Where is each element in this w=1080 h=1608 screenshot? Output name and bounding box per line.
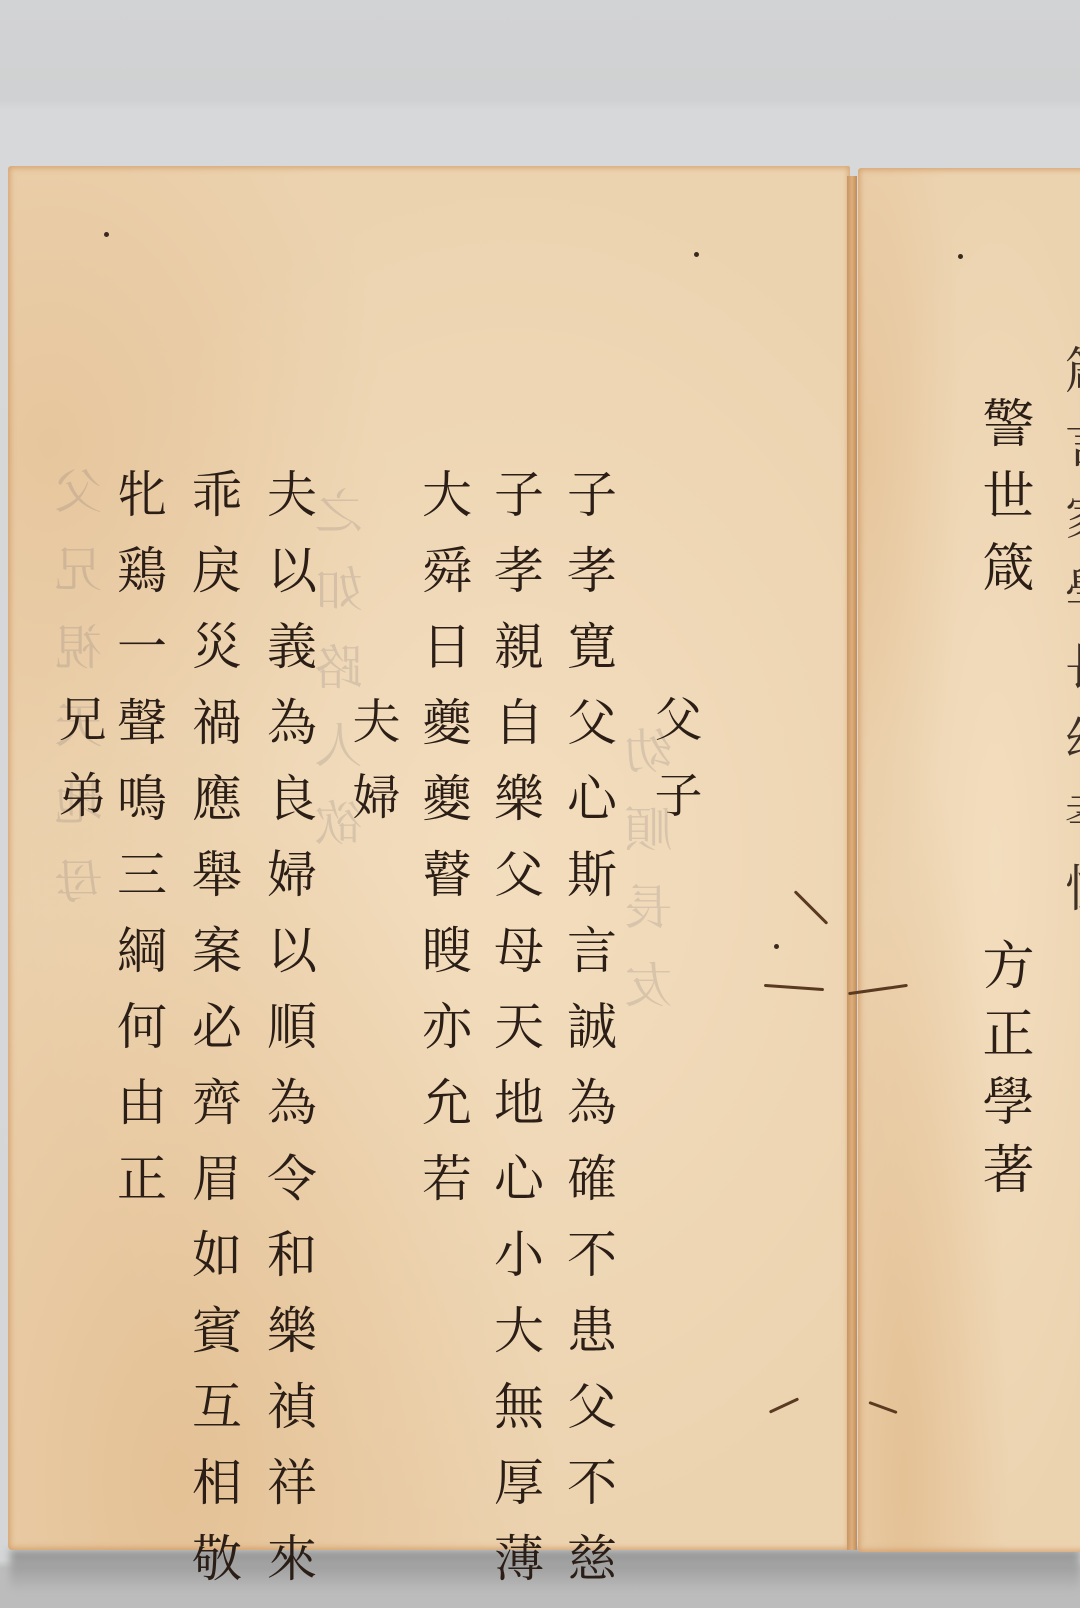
left-page: 父兄視天地母 之如路人欲 幼順長友 父子 子孝寛父心斯言誠為確不患父不慈 子孝親… bbox=[8, 166, 850, 1550]
book-shadow bbox=[10, 1550, 1080, 1590]
section-heading-husband-wife: 夫婦 bbox=[338, 696, 407, 848]
ink-speck bbox=[958, 254, 963, 259]
ink-speck bbox=[104, 232, 109, 237]
book-title: 警世箴 bbox=[966, 396, 1041, 612]
paper-worm-damage bbox=[764, 984, 824, 991]
right-page: 警世箴 方正學著 箴言家學長幼孝悌 bbox=[858, 168, 1080, 1552]
text-line-1: 子孝寛父心斯言誠為確不患父不慈 bbox=[563, 468, 613, 1608]
page-fold bbox=[847, 176, 857, 1550]
paper-worm-damage bbox=[848, 984, 908, 995]
section-heading-brothers: 兄弟 bbox=[44, 694, 113, 846]
text-line-6: 牝鶏一聲鳴三綱何由正 bbox=[113, 468, 163, 1228]
book-author: 方正學著 bbox=[966, 938, 1041, 1210]
ink-speck bbox=[774, 944, 779, 949]
ink-speck bbox=[694, 252, 699, 257]
paper-worm-damage bbox=[769, 1397, 799, 1413]
text-line-4: 夫以義為良婦以順為令和樂禎祥來 bbox=[263, 468, 313, 1608]
book-photograph: 父兄視天地母 之如路人欲 幼順長友 父子 子孝寛父心斯言誠為確不患父不慈 子孝親… bbox=[0, 0, 1080, 1608]
text-line-2: 子孝親自樂父母天地心小大無厚薄 bbox=[490, 468, 540, 1608]
text-line-5: 乖戾災禍應舉案必齊眉如賓互相敬 bbox=[188, 468, 238, 1608]
text-line-3: 大舜日夔夔瞽瞍亦允若 bbox=[418, 468, 468, 1228]
partial-text-column: 箴言家學長幼孝悌 bbox=[1050, 344, 1080, 936]
paper-worm-damage bbox=[868, 1401, 897, 1414]
paper-worm-damage bbox=[794, 890, 829, 925]
section-heading-father-son: 父子 bbox=[640, 694, 709, 846]
